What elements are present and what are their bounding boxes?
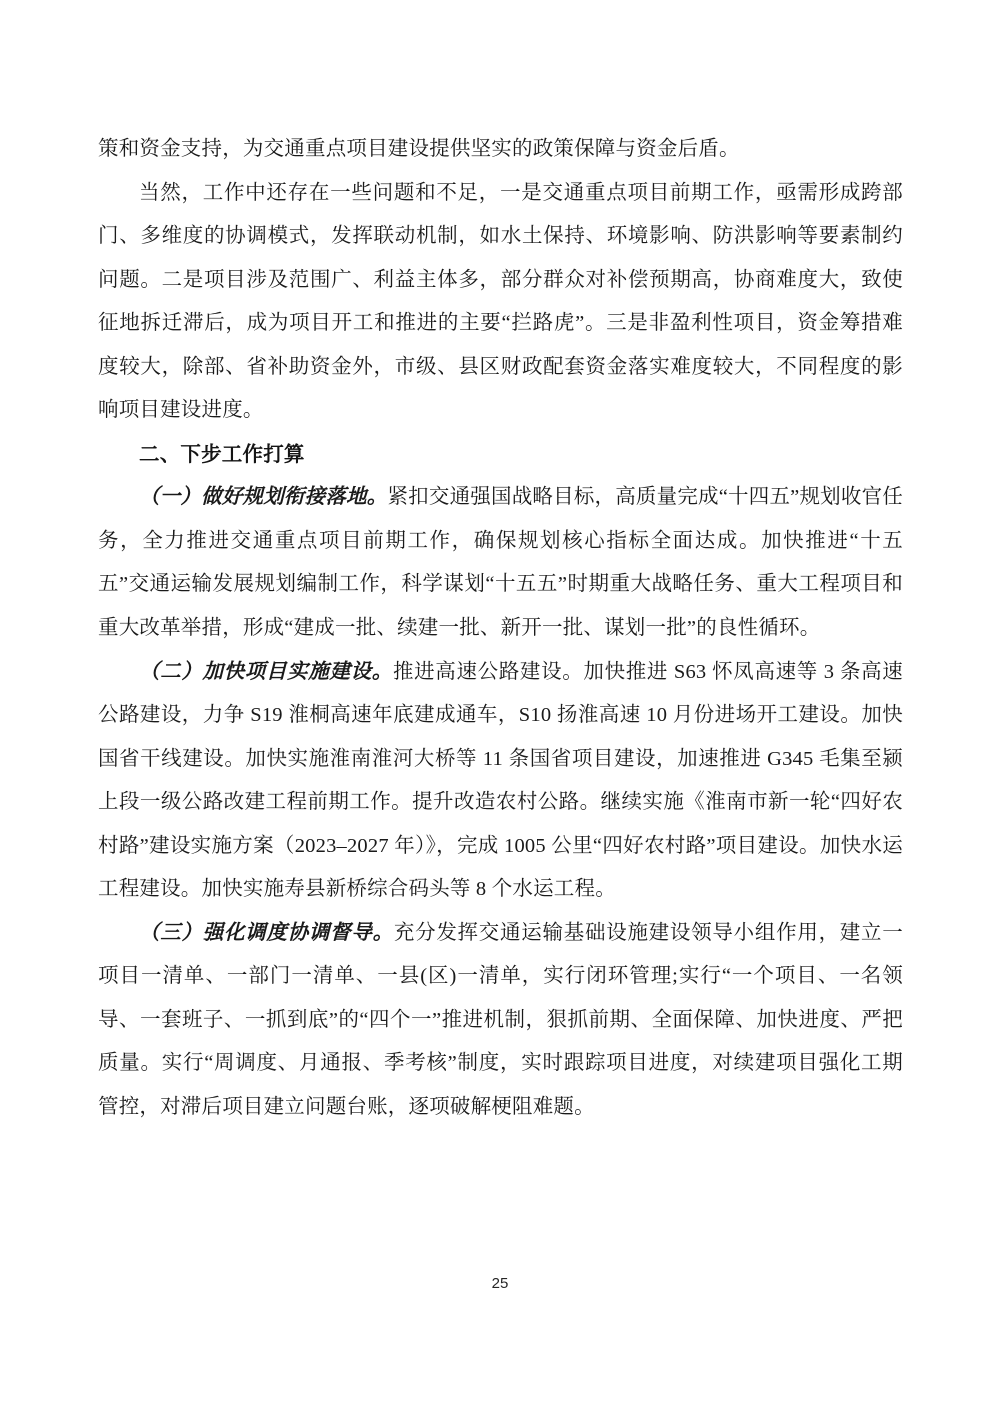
item-paragraph-3: （三）强化调度协调督导。充分发挥交通运输基础设施建设领导小组作用，建立一项目一清… — [98, 912, 903, 1130]
paragraph-problems: 当然，工作中还存在一些问题和不足，一是交通重点项目前期工作，亟需形成跨部门、多维… — [98, 172, 903, 433]
document-body: 策和资金支持，为交通重点项目建设提供坚实的政策保障与资金后盾。 当然，工作中还存… — [98, 128, 903, 1130]
item-2-lead: （二）加快项目实施建设。 — [139, 661, 393, 683]
item-3-body: 充分发挥交通运输基础设施建设领导小组作用，建立一项目一清单、一部门一清单、一县(… — [98, 922, 903, 1118]
item-2-body: 推进高速公路建设。加快推进 S63 怀凤高速等 3 条高速公路建设，力争 S19… — [98, 661, 903, 901]
section-heading: 二、下步工作打算 — [98, 433, 903, 477]
document-page: 策和资金支持，为交通重点项目建设提供坚实的政策保障与资金后盾。 当然，工作中还存… — [0, 0, 1000, 1415]
item-paragraph-2: （二）加快项目实施建设。推进高速公路建设。加快推进 S63 怀凤高速等 3 条高… — [98, 651, 903, 912]
item-1-body: 紧扣交通强国战略目标，高质量完成“十四五”规划收官任务，全力推进交通重点项目前期… — [98, 486, 903, 639]
item-3-lead: （三）强化调度协调督导。 — [139, 922, 394, 944]
page-footer: 25 — [0, 1274, 1000, 1294]
item-paragraph-1: （一）做好规划衔接落地。紧扣交通强国战略目标，高质量完成“十四五”规划收官任务，… — [98, 476, 903, 650]
paragraph-continuation: 策和资金支持，为交通重点项目建设提供坚实的政策保障与资金后盾。 — [98, 128, 903, 172]
item-1-lead: （一）做好规划衔接落地。 — [139, 486, 387, 508]
page-number: 25 — [492, 1275, 509, 1292]
